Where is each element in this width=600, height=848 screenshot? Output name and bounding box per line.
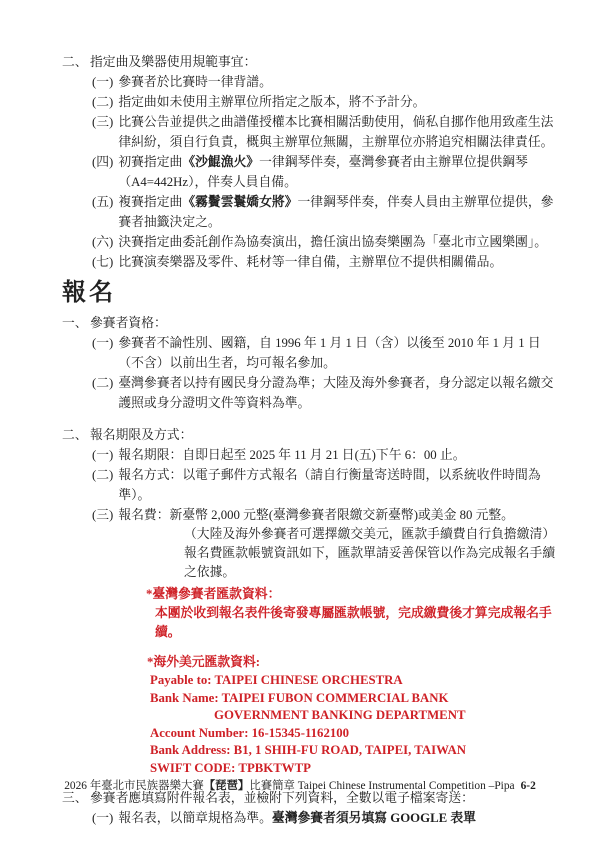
taiwan-remittance-title: *臺灣參賽者匯款資料： [146, 585, 556, 604]
item-text: 比賽公告並提供之曲譜僅授權本比賽相關活動使用，倘私自挪作他用致產生法律糾紛，須自… [118, 112, 556, 152]
item-label: (二) [92, 465, 113, 505]
section-title: 參賽者資格： [90, 313, 556, 333]
account-number: Account Number: 16-15345-1162100 [150, 725, 556, 743]
piece-title-semifinal: 《霧鬢雲鬟嬌女將》 [182, 195, 297, 209]
item-text: 參賽者不論性別、國籍，自 1996 年 1 月 1 日（含）以後至 2010 年… [118, 333, 556, 373]
section-title: 指定曲及樂器使用規範事宜： [90, 52, 556, 72]
documents-item-1: (一) 報名表，以簡章規格為準。臺灣參賽者須另填寫 GOOGLE 表單 [92, 808, 556, 828]
rule-item-1: (一) 參賽者於比賽時一律背譜。 [92, 72, 556, 92]
item-text-pre: 報名表，以簡章規格為準。 [118, 811, 272, 825]
registration-item-1: (一) 報名期限：自即日起至 2025 年 11 月 21 日(五)下午 6：0… [92, 445, 556, 465]
section-rules: 二、 指定曲及樂器使用規範事宜： (一) 參賽者於比賽時一律背譜。 (二) 指定… [62, 52, 556, 272]
item-text: 指定曲如未使用主辦單位所指定之版本，將不予計分。 [118, 92, 556, 112]
registration-heading: 報名 [62, 279, 556, 307]
item-label: (二) [92, 373, 113, 413]
section-eligibility-heading: 一、 參賽者資格： [62, 313, 556, 333]
footer-title-pre: 2026 年臺北市民族器樂大賽 [64, 780, 204, 792]
fee-note-2: 報名費匯款帳號資訊如下，匯款單請妥善保管以作為完成報名手續之依據。 [184, 544, 556, 582]
section-number: 二、 [62, 425, 90, 445]
item-label: (七) [92, 252, 113, 272]
bank-name: Bank Name: TAIPEI FUBON COMMERCIAL BANK [150, 690, 556, 708]
footer-title-mid: 比賽簡章 Taipei Chinese Instrumental Competi… [249, 780, 514, 792]
bank-address: Bank Address: B1, 1 SHIH-FU ROAD, TAIPEI… [150, 742, 556, 760]
item-label: (四) [92, 152, 113, 192]
item-label: (一) [92, 808, 113, 828]
item-text: 臺灣參賽者以持有國民身分證為準；大陸及海外參賽者，身分認定以報名繳交護照或身分證… [118, 373, 556, 413]
section-title: 報名期限及方式： [90, 425, 556, 445]
page-footer: 2026 年臺北市民族器樂大賽【琵琶】比賽簡章 Taipei Chinese I… [0, 779, 600, 793]
overseas-remittance-info: *海外美元匯款資料: Payable to: TAIPEI CHINESE OR… [147, 653, 556, 778]
item-text: 報名表，以簡章規格為準。臺灣參賽者須另填寫 GOOGLE 表單 [118, 808, 556, 828]
section-eligibility: 一、 參賽者資格： (一) 參賽者不論性別、國籍，自 1996 年 1 月 1 … [62, 313, 556, 413]
eligibility-item-2: (二) 臺灣參賽者以持有國民身分證為準；大陸及海外參賽者，身分認定以報名繳交護照… [92, 373, 556, 413]
rule-item-2: (二) 指定曲如未使用主辦單位所指定之版本，將不予計分。 [92, 92, 556, 112]
section-number: 二、 [62, 52, 90, 72]
item-text: 初賽指定曲《沙鯤漁火》一律鋼琴伴奏，臺灣參賽者由主辦單位提供鋼琴（A4=442H… [118, 152, 556, 192]
rule-item-3: (三) 比賽公告並提供之曲譜僅授權本比賽相關活動使用，倘私自挪作他用致產生法律糾… [92, 112, 556, 152]
swift-code: SWIFT CODE: TPBKTWTP [150, 760, 556, 778]
item-text: 報名費：新臺幣 2,000 元整(臺灣參賽者限繳交新臺幣)或美金 80 元整。 [118, 505, 556, 525]
item-text: 報名方式：以電子郵件方式報名（請自行衡量寄送時間，以系統收件時間為準）。 [118, 465, 556, 505]
overseas-remittance-title: *海外美元匯款資料: [147, 653, 556, 672]
item-label: (一) [92, 333, 113, 373]
google-form-note: 臺灣參賽者須另填寫 GOOGLE 表單 [272, 811, 476, 825]
item-label: (六) [92, 232, 113, 252]
section-number: 一、 [62, 313, 90, 333]
section-registration: 二、 報名期限及方式： (一) 報名期限：自即日起至 2025 年 11 月 2… [62, 425, 556, 778]
item-label: (一) [92, 445, 113, 465]
item-label: (三) [92, 112, 113, 152]
taiwan-remittance-info: *臺灣參賽者匯款資料： 本團於收到報名表件後寄發專屬匯款帳號，完成繳費後才算完成… [146, 585, 556, 642]
page-number: 6-2 [521, 780, 536, 792]
section-registration-heading: 二、 報名期限及方式： [62, 425, 556, 445]
item-label: (一) [92, 72, 113, 92]
rule-item-4: (四) 初賽指定曲《沙鯤漁火》一律鋼琴伴奏，臺灣參賽者由主辦單位提供鋼琴（A4=… [92, 152, 556, 192]
item-text-pre: 初賽指定曲 [118, 155, 182, 169]
footer-instrument: 【琵琶】 [204, 780, 250, 792]
registration-item-2: (二) 報名方式：以電子郵件方式報名（請自行衡量寄送時間，以系統收件時間為準）。 [92, 465, 556, 505]
eligibility-item-1: (一) 參賽者不論性別、國籍，自 1996 年 1 月 1 日（含）以後至 20… [92, 333, 556, 373]
item-text: 報名期限：自即日起至 2025 年 11 月 21 日(五)下午 6：00 止。 [118, 445, 556, 465]
taiwan-remittance-body: 本團於收到報名表件後寄發專屬匯款帳號，完成繳費後才算完成報名手續。 [155, 604, 556, 642]
item-text-pre: 複賽指定曲 [118, 195, 182, 209]
item-text: 比賽演奏樂器及零件、耗材等一律自備，主辦單位不提供相關備品。 [118, 252, 556, 272]
item-text: 複賽指定曲《霧鬢雲鬟嬌女將》一律鋼琴伴奏，伴奏人員由主辦單位提供，參賽者抽籤決定… [118, 192, 556, 232]
bank-name-line-2: GOVERNMENT BANKING DEPARTMENT [214, 707, 556, 725]
registration-item-3: (三) 報名費：新臺幣 2,000 元整(臺灣參賽者限繳交新臺幣)或美金 80 … [92, 505, 556, 525]
rule-item-6: (六) 決賽指定曲委託創作為協奏演出，擔任演出協奏樂團為「臺北市立國樂團」。 [92, 232, 556, 252]
item-text: 決賽指定曲委託創作為協奏演出，擔任演出協奏樂團為「臺北市立國樂團」。 [118, 232, 556, 252]
payable-to: Payable to: TAIPEI CHINESE ORCHESTRA [150, 672, 556, 690]
item-label: (五) [92, 192, 113, 232]
item-text: 參賽者於比賽時一律背譜。 [118, 72, 556, 92]
fee-note-1: （大陸及海外參賽者可選擇繳交美元，匯款手續費自行負擔繳清） [184, 525, 556, 544]
piece-title-preliminary: 《沙鯤漁火》 [182, 155, 259, 169]
rule-item-5: (五) 複賽指定曲《霧鬢雲鬟嬌女將》一律鋼琴伴奏，伴奏人員由主辦單位提供，參賽者… [92, 192, 556, 232]
document-page: 二、 指定曲及樂器使用規範事宜： (一) 參賽者於比賽時一律背譜。 (二) 指定… [0, 0, 600, 848]
section-rules-heading: 二、 指定曲及樂器使用規範事宜： [62, 52, 556, 72]
section-documents: 三、 參賽者應填寫附件報名表，並檢附下列資料，全數以電子檔案寄送： (一) 報名… [62, 788, 556, 828]
rule-item-7: (七) 比賽演奏樂器及零件、耗材等一律自備，主辦單位不提供相關備品。 [92, 252, 556, 272]
item-label: (三) [92, 505, 113, 525]
item-label: (二) [92, 92, 113, 112]
